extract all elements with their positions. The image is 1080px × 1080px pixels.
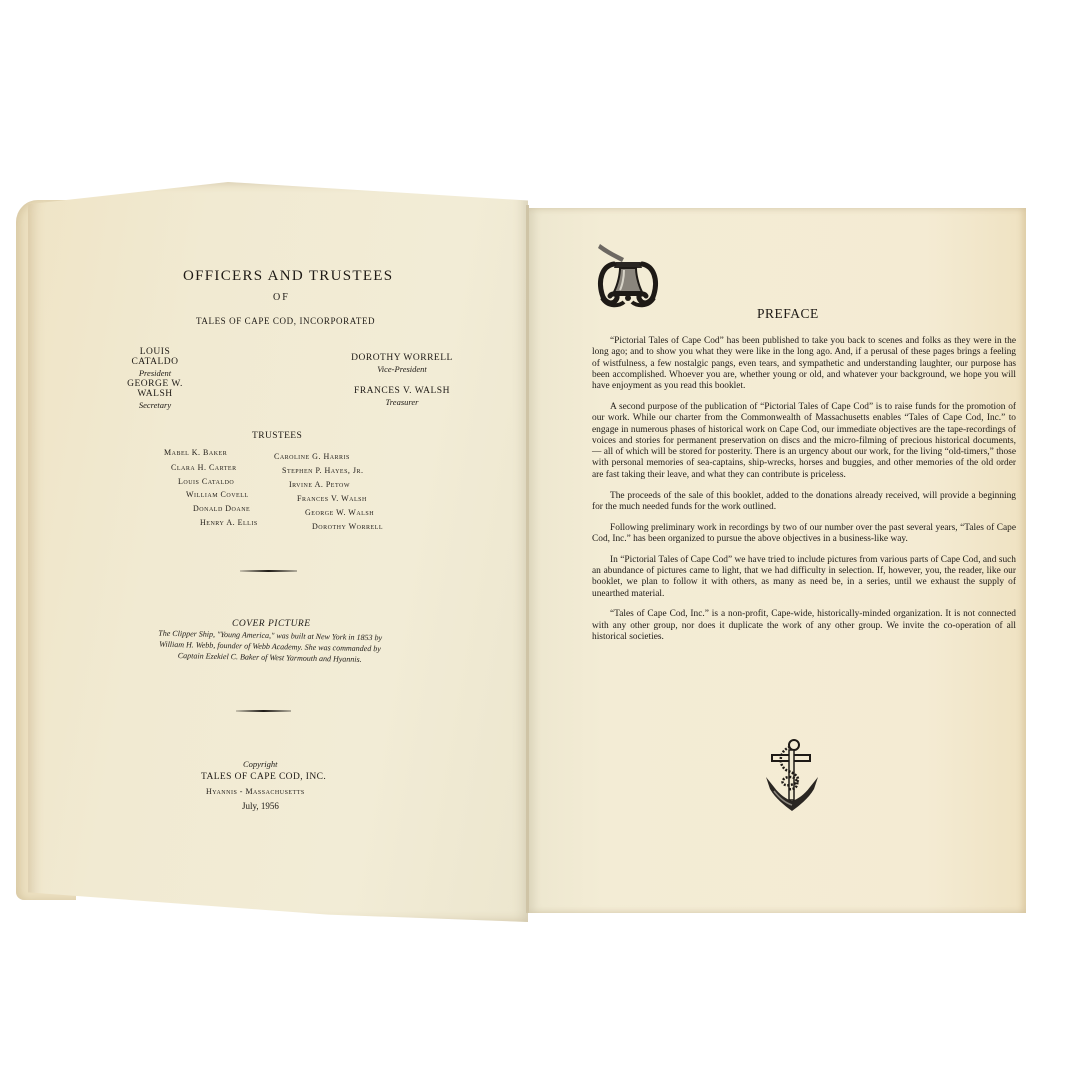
trustees-heading: TRUSTEES (252, 431, 302, 441)
preface-paragraph: A second purpose of the publication of “… (592, 402, 1016, 481)
trustee-name: Frances V. Walsh (297, 494, 367, 503)
officer-name: GEORGE W. WALSH (110, 379, 200, 399)
copyright-label: Copyright (243, 759, 277, 769)
copyright-date: July, 1956 (242, 801, 279, 811)
officer-name: DOROTHY WORRELL (350, 353, 454, 363)
preface-heading: PREFACE (757, 306, 819, 322)
officer-president: LOUIS CATALDO President (120, 347, 190, 378)
page-title: OFFICERS AND TRUSTEES (183, 268, 393, 285)
officer-role: President (120, 368, 190, 378)
officer-secretary: GEORGE W. WALSH Secretary (110, 379, 200, 410)
officer-treasurer: FRANCES V. WALSH Treasurer (352, 386, 452, 407)
trustee-name: Caroline G. Harris (274, 452, 350, 461)
book-gutter (526, 205, 529, 913)
officer-role: Treasurer (352, 397, 452, 407)
copyright-publisher: TALES OF CAPE COD, INC. (201, 772, 326, 782)
ship-bell-icon (594, 240, 662, 312)
divider-rule (236, 710, 291, 712)
officer-vice-president: DOROTHY WORRELL Vice-President (350, 353, 454, 374)
trustee-name: Dorothy Worrell (312, 522, 383, 531)
preface-paragraph: Following preliminary work in recordings… (592, 523, 1016, 546)
title-of: OF (273, 292, 290, 303)
officer-role: Secretary (110, 400, 200, 410)
cover-picture-heading: COVER PICTURE (232, 619, 311, 629)
preface-paragraph: The proceeds of the sale of this booklet… (592, 491, 1016, 514)
anchor-icon (760, 737, 824, 813)
trustee-name: Donald Doane (193, 504, 250, 513)
officer-name: LOUIS CATALDO (120, 347, 190, 367)
preface-paragraph: “Tales of Cape Cod, Inc.” is a non-profi… (592, 609, 1016, 643)
preface-paragraph: In “Pictorial Tales of Cape Cod” we have… (592, 555, 1016, 600)
officer-role: Vice-President (350, 364, 454, 374)
trustee-name: George W. Walsh (305, 508, 374, 517)
divider-rule (240, 570, 297, 572)
preface-body: “Pictorial Tales of Cape Cod” has been p… (592, 336, 1016, 653)
open-booklet: OFFICERS AND TRUSTEES OF TALES OF CAPE C… (0, 0, 1080, 1080)
trustee-name: Louis Cataldo (178, 477, 234, 486)
trustee-name: Clara H. Carter (171, 463, 237, 472)
trustee-name: William Covell (186, 490, 249, 499)
officer-name: FRANCES V. WALSH (352, 386, 452, 396)
preface-paragraph: “Pictorial Tales of Cape Cod” has been p… (592, 336, 1016, 392)
trustee-name: Stephen P. Hayes, Jr. (282, 466, 364, 475)
trustee-name: Irvine A. Petow (289, 480, 350, 489)
trustee-name: Henry A. Ellis (200, 518, 258, 527)
organization-name: TALES OF CAPE COD, INCORPORATED (196, 316, 375, 326)
copyright-location: Hyannis - Massachusetts (206, 787, 305, 796)
cover-picture-caption: The Clipper Ship, "Young America," was b… (152, 628, 389, 666)
trustee-name: Mabel K. Baker (164, 448, 227, 457)
